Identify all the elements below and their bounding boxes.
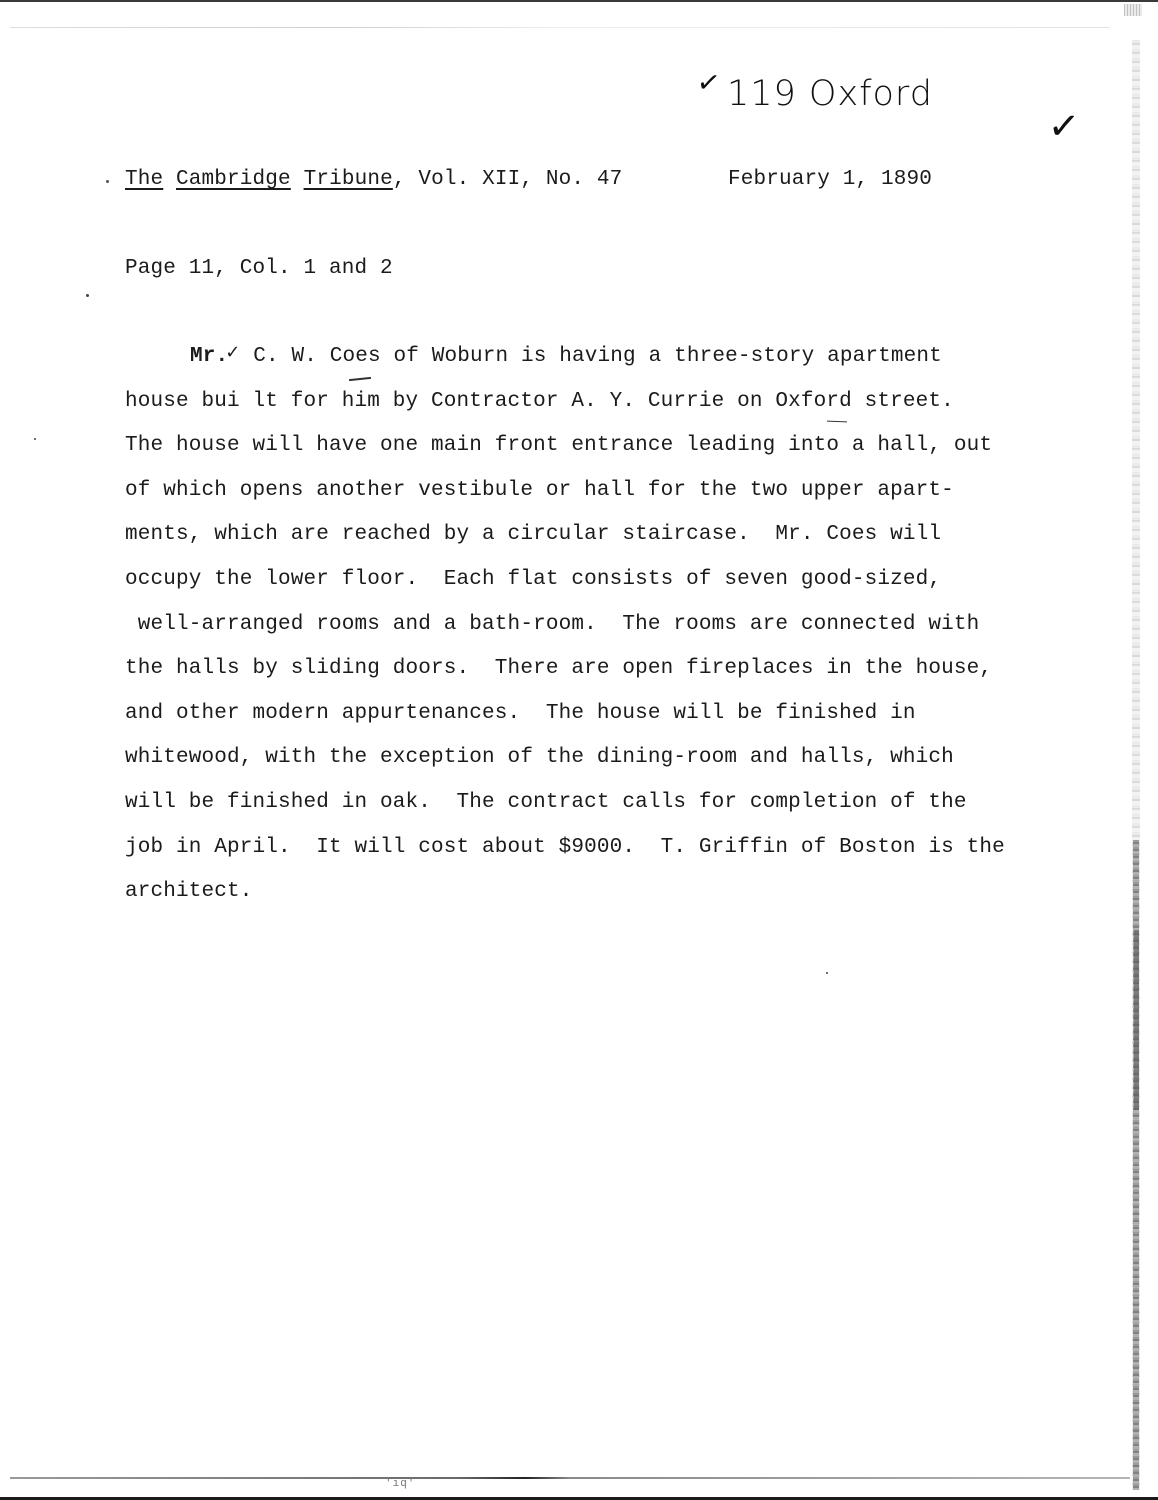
article-line: Mr.✓ C. W. Coes of Woburn is having a th… (190, 345, 942, 368)
citation-source: The Cambridge Tribune, Vol. XII, No. 47 (125, 168, 622, 191)
pencil-underline (349, 377, 371, 381)
article-line: The house will have one main front entra… (125, 434, 992, 457)
stray-mark (86, 294, 89, 297)
article-line: will be finished in oak. The contract ca… (125, 791, 967, 814)
article-line: house bui lt for him by Contractor A. Y.… (125, 390, 954, 413)
stray-dot (106, 180, 109, 183)
pencil-check-icon: ✓ (225, 342, 240, 363)
title-word: Cambridge (176, 168, 291, 191)
scan-line-bottom (10, 1477, 1130, 1479)
right-edge-shadow-darker (1134, 930, 1139, 1110)
bottom-smudge: 'iq' (385, 1478, 415, 1490)
page-reference: Page 11, Col. 1 and 2 (125, 257, 393, 280)
citation-date: February 1, 1890 (728, 168, 932, 191)
title-word: Tribune (304, 168, 393, 191)
article-line: whitewood, with the exception of the din… (125, 746, 954, 769)
volume-issue: , Vol. XII, No. 47 (393, 168, 623, 191)
handwritten-check-icon: ✓ (1047, 103, 1082, 149)
article-line: and other modern appurtenances. The hous… (125, 702, 916, 725)
article-line: job in April. It will cost about $9000. … (125, 836, 1005, 859)
page-edge-top (0, 0, 1158, 2)
handwritten-check-icon: ✓ (695, 65, 723, 101)
article-line: of which opens another vestibule or hall… (125, 479, 954, 502)
stray-mark (826, 972, 828, 974)
salutation: Mr. (190, 345, 228, 368)
stray-mark (34, 438, 36, 440)
article-line: architect. (125, 880, 253, 903)
corner-mark (1124, 4, 1142, 16)
article-line: the halls by sliding doors. There are op… (125, 657, 992, 680)
scan-line-top (10, 27, 1110, 28)
article-line: well-arranged rooms and a bath-room. The… (125, 613, 979, 636)
handwritten-address: 119 Oxford (727, 74, 933, 114)
article-line-text: C. W. Coes of Woburn is having a three-s… (241, 345, 942, 368)
article-line: occupy the lower floor. Each flat consis… (125, 568, 941, 591)
pencil-underline (827, 421, 847, 423)
title-word: The (125, 168, 163, 191)
article-line: ments, which are reached by a circular s… (125, 523, 941, 546)
